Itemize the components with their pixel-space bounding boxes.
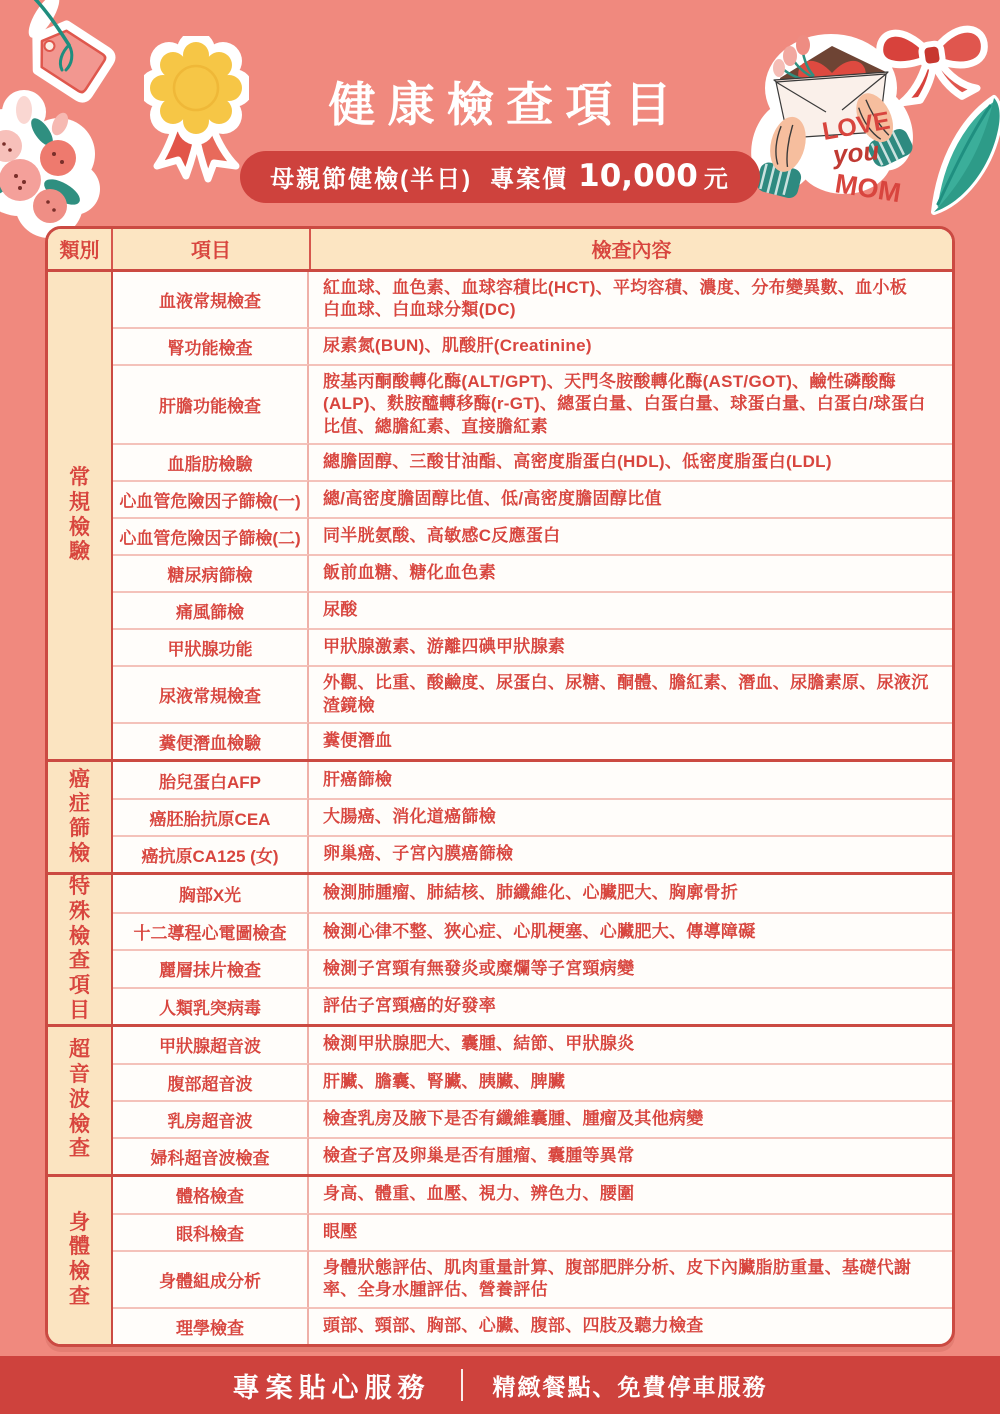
table-row: 胎兒蛋白AFP肝癌篩檢 xyxy=(113,762,952,798)
item-cell: 肝膽功能檢查 xyxy=(113,364,309,443)
table-row: 乳房超音波檢查乳房及腋下是否有纖維囊腫、腫瘤及其他病變 xyxy=(113,1100,952,1137)
col-header-content: 檢查內容 xyxy=(311,229,952,269)
content-cell: 卵巢癌、子宮內膜癌篩檢 xyxy=(309,835,952,872)
table-header-row: 類別 項目 檢查內容 xyxy=(48,229,952,272)
col-header-item: 項目 xyxy=(113,229,311,269)
category-label: 癌症篩檢 xyxy=(68,768,92,867)
item-cell: 十二導程心電圖檢查 xyxy=(113,912,309,949)
content-cell: 眼壓 xyxy=(309,1213,952,1250)
item-cell: 婦科超音波檢查 xyxy=(113,1137,309,1174)
item-cell: 癌胚胎抗原CEA xyxy=(113,798,309,835)
item-cell: 體格檢查 xyxy=(113,1177,309,1213)
footer-perks: 精緻餐點、免費停車服務 xyxy=(493,1369,768,1402)
table-row: 癌胚胎抗原CEA大腸癌、消化道癌篩檢 xyxy=(113,798,952,835)
content-cell: 糞便潛血 xyxy=(309,722,952,759)
promo-price: 10,000 xyxy=(578,158,698,194)
item-cell: 眼科檢查 xyxy=(113,1213,309,1250)
item-cell: 痛風篩檢 xyxy=(113,591,309,628)
category-cell: 身體檢查 xyxy=(48,1177,113,1344)
content-cell: 甲狀腺激素、游離四碘甲狀腺素 xyxy=(309,628,952,665)
table-row: 腎功能檢查尿素氮(BUN)、肌酸肝(Creatinine) xyxy=(113,327,952,364)
content-cell: 檢測甲狀腺肥大、囊腫、結節、甲狀腺炎 xyxy=(309,1027,952,1063)
table-row: 尿液常規檢查外觀、比重、酸鹼度、尿蛋白、尿糖、酮體、膽紅素、潛血、尿膽素原、尿液… xyxy=(113,665,952,722)
table-row: 心血管危險因子篩檢(一)總/高密度膽固醇比值、低/高密度膽固醇比值 xyxy=(113,480,952,517)
item-cell: 身體組成分析 xyxy=(113,1250,309,1307)
content-cell: 總膽固醇、三酸甘油酯、高密度脂蛋白(HDL)、低密度脂蛋白(LDL) xyxy=(309,443,952,480)
table-row: 糖尿病篩檢飯前血糖、糖化血色素 xyxy=(113,554,952,591)
item-cell: 心血管危險因子篩檢(一) xyxy=(113,480,309,517)
category-label: 特殊檢查項目 xyxy=(68,875,92,1024)
footer-divider xyxy=(461,1369,463,1401)
content-cell: 同半胱氨酸、高敏感C反應蛋白 xyxy=(309,517,952,554)
content-cell: 肝癌篩檢 xyxy=(309,762,952,798)
table-row: 癌抗原CA125 (女)卵巢癌、子宮內膜癌篩檢 xyxy=(113,835,952,872)
promo-price-label: 專案價 xyxy=(490,159,568,194)
content-cell: 肝臟、膽囊、腎臟、胰臟、脾臟 xyxy=(309,1063,952,1100)
item-cell: 腎功能檢查 xyxy=(113,327,309,364)
item-cell: 甲狀腺功能 xyxy=(113,628,309,665)
table-row: 甲狀腺超音波檢測甲狀腺肥大、囊腫、結節、甲狀腺炎 xyxy=(113,1027,952,1063)
content-cell: 尿酸 xyxy=(309,591,952,628)
item-cell: 糖尿病篩檢 xyxy=(113,554,309,591)
content-cell: 檢查子宮及卵巢是否有腫瘤、囊腫等異常 xyxy=(309,1137,952,1174)
item-cell: 麗層抹片檢查 xyxy=(113,949,309,986)
page-header: 健康檢查項目 母親節健檢(半日) 專案價 10,000 元 xyxy=(0,0,1000,203)
category-cell: 癌症篩檢 xyxy=(48,762,113,872)
content-cell: 大腸癌、消化道癌篩檢 xyxy=(309,798,952,835)
item-cell: 癌抗原CA125 (女) xyxy=(113,835,309,872)
promo-banner: 母親節健檢(半日) 專案價 10,000 元 xyxy=(240,151,760,203)
table-row: 胸部X光檢測肺腫瘤、肺結核、肺纖維化、心臟肥大、胸廓骨折 xyxy=(113,875,952,912)
col-header-category: 類別 xyxy=(48,229,113,269)
promo-price-unit: 元 xyxy=(704,159,730,194)
table-section: 特殊檢查項目胸部X光檢測肺腫瘤、肺結核、肺纖維化、心臟肥大、胸廓骨折十二導程心電… xyxy=(48,872,952,1024)
item-cell: 乳房超音波 xyxy=(113,1100,309,1137)
content-cell: 檢測子宮頸有無發炎或糜爛等子宮頸病變 xyxy=(309,949,952,986)
category-cell: 常規檢驗 xyxy=(48,272,113,759)
table-row: 眼科檢查眼壓 xyxy=(113,1213,952,1250)
category-label: 常規檢驗 xyxy=(68,466,92,565)
table-row: 人類乳突病毒評估子宮頸癌的好發率 xyxy=(113,987,952,1024)
content-cell: 尿素氮(BUN)、肌酸肝(Creatinine) xyxy=(309,327,952,364)
category-cell: 特殊檢查項目 xyxy=(48,875,113,1024)
content-cell: 身高、體重、血壓、視力、辨色力、腰圍 xyxy=(309,1177,952,1213)
content-cell: 檢測肺腫瘤、肺結核、肺纖維化、心臟肥大、胸廓骨折 xyxy=(309,875,952,912)
item-cell: 人類乳突病毒 xyxy=(113,987,309,1024)
content-cell: 飯前血糖、糖化血色素 xyxy=(309,554,952,591)
category-label: 身體檢查 xyxy=(68,1211,92,1310)
promo-label: 母親節健檢(半日) xyxy=(270,159,472,194)
item-cell: 心血管危險因子篩檢(二) xyxy=(113,517,309,554)
content-cell: 檢查乳房及腋下是否有纖維囊腫、腫瘤及其他病變 xyxy=(309,1100,952,1137)
table-row: 十二導程心電圖檢查檢測心律不整、狹心症、心肌梗塞、心臟肥大、傳導障礙 xyxy=(113,912,952,949)
table-row: 血脂肪檢驗總膽固醇、三酸甘油酯、高密度脂蛋白(HDL)、低密度脂蛋白(LDL) xyxy=(113,443,952,480)
table-row: 甲狀腺功能甲狀腺激素、游離四碘甲狀腺素 xyxy=(113,628,952,665)
item-cell: 尿液常規檢查 xyxy=(113,665,309,722)
item-cell: 腹部超音波 xyxy=(113,1063,309,1100)
table-row: 腹部超音波肝臟、膽囊、腎臟、胰臟、脾臟 xyxy=(113,1063,952,1100)
item-cell: 血液常規檢查 xyxy=(113,272,309,327)
category-label: 超音波檢查 xyxy=(68,1038,92,1162)
content-cell: 頭部、頸部、胸部、心臟、腹部、四肢及聽力檢查 xyxy=(309,1307,952,1344)
content-cell: 紅血球、血色素、血球容積比(HCT)、平均容積、濃度、分布變異數、血小板 白血球… xyxy=(309,272,952,327)
page-title: 健康檢查項目 xyxy=(0,68,1000,135)
footer-service-title: 專案貼心服務 xyxy=(233,1366,431,1405)
item-cell: 理學檢查 xyxy=(113,1307,309,1344)
table-row: 肝膽功能檢查胺基丙酮酸轉化酶(ALT/GPT)、天門冬胺酸轉化酶(AST/GOT… xyxy=(113,364,952,443)
item-cell: 甲狀腺超音波 xyxy=(113,1027,309,1063)
item-cell: 胸部X光 xyxy=(113,875,309,912)
content-cell: 總/高密度膽固醇比值、低/高密度膽固醇比值 xyxy=(309,480,952,517)
table-section: 常規檢驗血液常規檢查紅血球、血色素、血球容積比(HCT)、平均容積、濃度、分布變… xyxy=(48,272,952,759)
content-cell: 外觀、比重、酸鹼度、尿蛋白、尿糖、酮體、膽紅素、潛血、尿膽素原、尿液沉渣鏡檢 xyxy=(309,665,952,722)
content-cell: 胺基丙酮酸轉化酶(ALT/GPT)、天門冬胺酸轉化酶(AST/GOT)、鹼性磷酸… xyxy=(309,364,952,443)
table-row: 痛風篩檢尿酸 xyxy=(113,591,952,628)
table-row: 婦科超音波檢查檢查子宮及卵巢是否有腫瘤、囊腫等異常 xyxy=(113,1137,952,1174)
table-row: 理學檢查頭部、頸部、胸部、心臟、腹部、四肢及聽力檢查 xyxy=(113,1307,952,1344)
table-row: 心血管危險因子篩檢(二)同半胱氨酸、高敏感C反應蛋白 xyxy=(113,517,952,554)
table-row: 麗層抹片檢查檢測子宮頸有無發炎或糜爛等子宮頸病變 xyxy=(113,949,952,986)
table-section: 超音波檢查甲狀腺超音波檢測甲狀腺肥大、囊腫、結節、甲狀腺炎腹部超音波肝臟、膽囊、… xyxy=(48,1024,952,1174)
content-cell: 評估子宮頸癌的好發率 xyxy=(309,987,952,1024)
table-row: 體格檢查身高、體重、血壓、視力、辨色力、腰圍 xyxy=(113,1177,952,1213)
footer-bar: 專案貼心服務 精緻餐點、免費停車服務 xyxy=(0,1356,1000,1414)
table-row: 糞便潛血檢驗糞便潛血 xyxy=(113,722,952,759)
content-cell: 檢測心律不整、狹心症、心肌梗塞、心臟肥大、傳導障礙 xyxy=(309,912,952,949)
category-cell: 超音波檢查 xyxy=(48,1027,113,1174)
table-body: 常規檢驗血液常規檢查紅血球、血色素、血球容積比(HCT)、平均容積、濃度、分布變… xyxy=(48,272,952,1344)
table-section: 癌症篩檢胎兒蛋白AFP肝癌篩檢癌胚胎抗原CEA大腸癌、消化道癌篩檢癌抗原CA12… xyxy=(48,759,952,872)
item-cell: 糞便潛血檢驗 xyxy=(113,722,309,759)
content-cell: 身體狀態評估、肌肉重量計算、腹部肥胖分析、皮下內臟脂肪重量、基礎代謝率、全身水腫… xyxy=(309,1250,952,1307)
item-cell: 血脂肪檢驗 xyxy=(113,443,309,480)
item-cell: 胎兒蛋白AFP xyxy=(113,762,309,798)
table-row: 身體組成分析身體狀態評估、肌肉重量計算、腹部肥胖分析、皮下內臟脂肪重量、基礎代謝… xyxy=(113,1250,952,1307)
table-row: 血液常規檢查紅血球、血色素、血球容積比(HCT)、平均容積、濃度、分布變異數、血… xyxy=(113,272,952,327)
checkup-table: 類別 項目 檢查內容 常規檢驗血液常規檢查紅血球、血色素、血球容積比(HCT)、… xyxy=(45,226,955,1347)
table-section: 身體檢查體格檢查身高、體重、血壓、視力、辨色力、腰圍眼科檢查眼壓身體組成分析身體… xyxy=(48,1174,952,1344)
